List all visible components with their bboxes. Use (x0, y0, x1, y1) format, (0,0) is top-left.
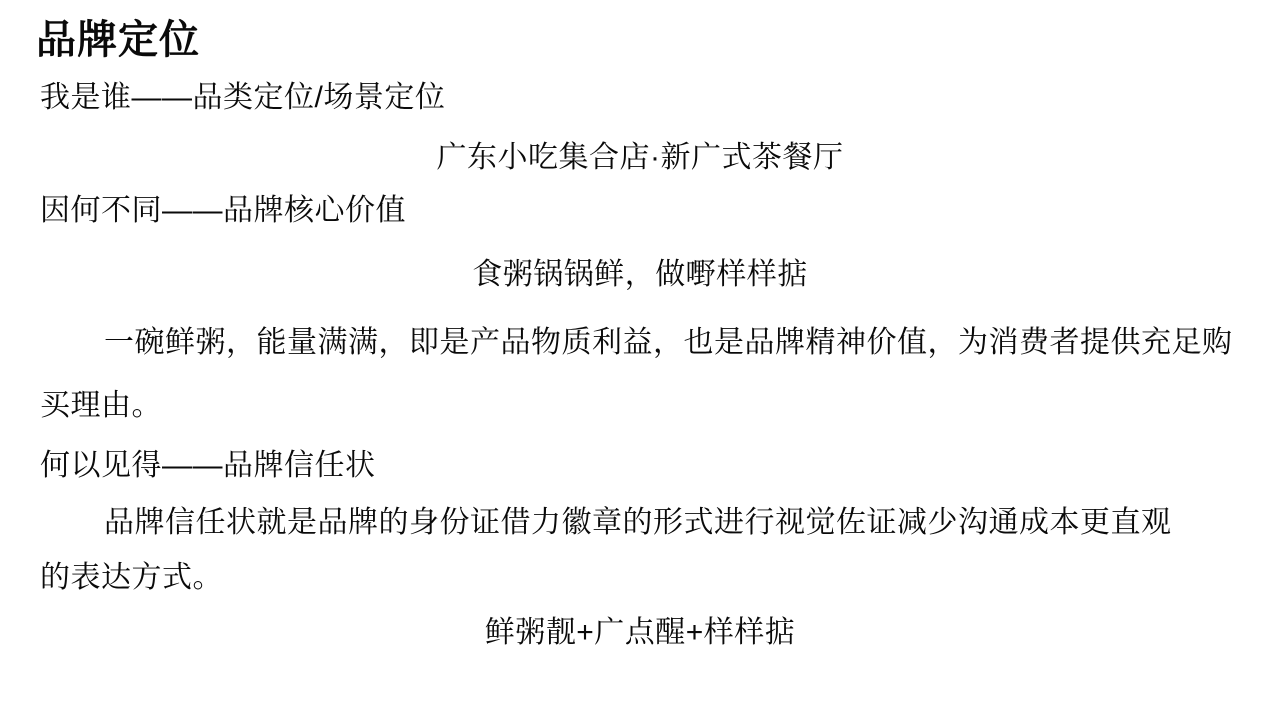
who-am-i-answer: 广东小吃集合店·新广式茶餐厅 (40, 141, 1240, 174)
page-title: 品牌定位 (36, 18, 200, 62)
trust-endorsement-detail-line-1: 品牌信任状就是品牌的身份证借力徽章的形式进行视觉佐证减少沟通成本更直观 (40, 506, 1240, 539)
who-am-i-question: 我是谁——品类定位/场景定位 (40, 81, 1240, 114)
how-to-prove-question: 何以见得——品牌信任状 (40, 449, 1240, 482)
why-different-question: 因何不同——品牌核心价值 (40, 194, 1240, 227)
core-value-detail-line-1: 一碗鲜粥，能量满满，即是产品物质利益，也是品牌精神价值，为消费者提供充足购 (40, 326, 1240, 359)
trust-endorsement-detail-line-2: 的表达方式。 (40, 561, 1240, 594)
trust-endorsement-formula: 鲜粥靓+广点醒+样样掂 (40, 616, 1240, 649)
brand-positioning-page: 品牌定位 我是谁——品类定位/场景定位 广东小吃集合店·新广式茶餐厅 因何不同—… (0, 0, 1280, 718)
brand-core-value-slogan: 食粥锅锅鲜，做嘢样样掂 (40, 258, 1240, 291)
core-value-detail-line-2: 买理由。 (40, 389, 1240, 422)
